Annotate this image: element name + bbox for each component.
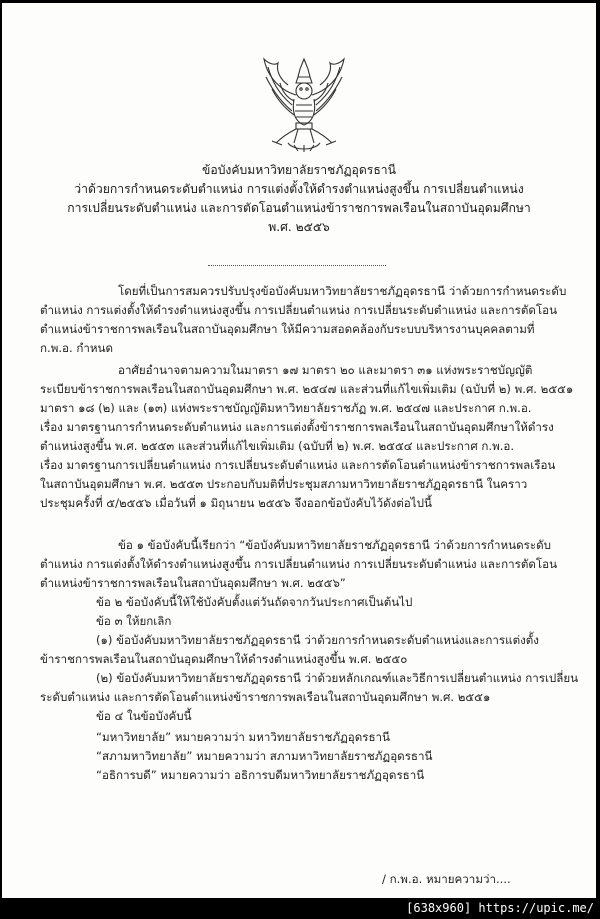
title-line-3: การเปลี่ยนระดับตำแหน่ง และการตัดโอนตำแหน…	[2, 199, 596, 218]
body-line: ประชุมครั้งที่ ๕/๒๕๕๖ เมื่อวันที่ ๑ มิถุ…	[40, 495, 432, 511]
continuation-note: / ก.พ.อ. หมายความว่า....	[382, 871, 511, 887]
body-line: “สภามหาวิทยาลัย” หมายความว่า สภามหาวิทยา…	[96, 748, 432, 764]
body-line: ตำแหน่งสูงขึ้น พ.ศ. ๒๕๕๓ และส่วนที่แก้ไข…	[40, 438, 514, 454]
body-line: อาศัยอำนาจตามความในมาตรา ๑๗ มาตรา ๒๐ และ…	[118, 362, 532, 378]
body-line: ระดับตำแหน่ง และการตัดโอนตำแหน่งข้าราชกา…	[40, 689, 490, 705]
body-line: ก.พ.อ. กำหนด	[40, 340, 113, 356]
title-separator	[208, 265, 386, 266]
body-line: ตำแหน่งข้าราชการพลเรือนในสถาบันอุดมศึกษา…	[40, 321, 535, 337]
body-line: เรื่อง มาตรฐานการกำหนดระดับตำแหน่ง และกา…	[40, 419, 554, 435]
body-line: ข้อ ๓ ให้ยกเลิก	[96, 613, 171, 629]
body-line: มาตรา ๑๘ (๒) และ (๑๓) แห่งพระราชบัญญัติม…	[40, 400, 532, 416]
body-line: ตำแหน่ง การแต่งตั้งให้ดำรงตำแหน่งสูงขึ้น…	[40, 556, 557, 572]
watermark: [638x960] https://upic.me/	[406, 899, 594, 918]
body-line: ระเบียบข้าราชการพลเรือนในสถาบันอุดมศึกษา…	[40, 381, 573, 397]
body-line: (๑) ข้อบังคับมหาวิทยาลัยราชภัฏอุดรธานี ว…	[96, 632, 539, 648]
garuda-emblem-icon	[258, 55, 350, 153]
body-line: ข้อ ๑ ข้อบังคับนี้เรียกว่า “ข้อบังคับมหา…	[118, 537, 551, 553]
body-line: ข้อ ๒ ข้อบังคับนี้ให้ใช้บังคับตั้งแต่วัน…	[96, 594, 412, 610]
title-line-2: ว่าด้วยการกำหนดระดับตำแหน่ง การแต่งตั้งใ…	[2, 180, 596, 199]
body-line: “อธิการบดี” หมายความว่า อธิการบดีมหาวิทย…	[96, 767, 424, 783]
document-title: ข้อบังคับมหาวิทยาลัยราชภัฏอุดรธานี ว่าด้…	[2, 161, 596, 237]
document-page: ข้อบังคับมหาวิทยาลัยราชภัฏอุดรธานี ว่าด้…	[2, 3, 596, 898]
body-line: เรื่อง มาตรฐานการเปลี่ยนตำแหน่ง การเปลี่…	[40, 457, 555, 473]
body-line: ในสถาบันอุดมศึกษา พ.ศ. ๒๕๕๓ ประกอบกับมติ…	[40, 476, 527, 492]
body-line: โดยที่เป็นการสมควรปรับปรุงข้อบังคับมหาวิ…	[118, 283, 566, 299]
body-line: ตำแหน่งข้าราชการพลเรือนในสถาบันอุดมศึกษา…	[40, 575, 346, 591]
body-line: ข้าราชการพลเรือนในสถาบันอุดมศึกษาให้ดำรง…	[40, 651, 407, 667]
title-line-1: ข้อบังคับมหาวิทยาลัยราชภัฏอุดรธานี	[2, 161, 596, 180]
body-line: ตำแหน่ง การแต่งตั้งให้ดำรงตำแหน่งสูงขึ้น…	[40, 302, 557, 318]
body-line: ข้อ ๔ ในข้อบังคับนี้	[96, 708, 192, 724]
body-line: (๒) ข้อบังคับมหาวิทยาลัยราชภัฏอุดรธานี ว…	[96, 670, 578, 686]
title-year: พ.ศ. ๒๕๕๖	[2, 218, 596, 237]
body-line: “มหาวิทยาลัย” หมายความว่า มหาวิทยาลัยราช…	[96, 729, 390, 745]
